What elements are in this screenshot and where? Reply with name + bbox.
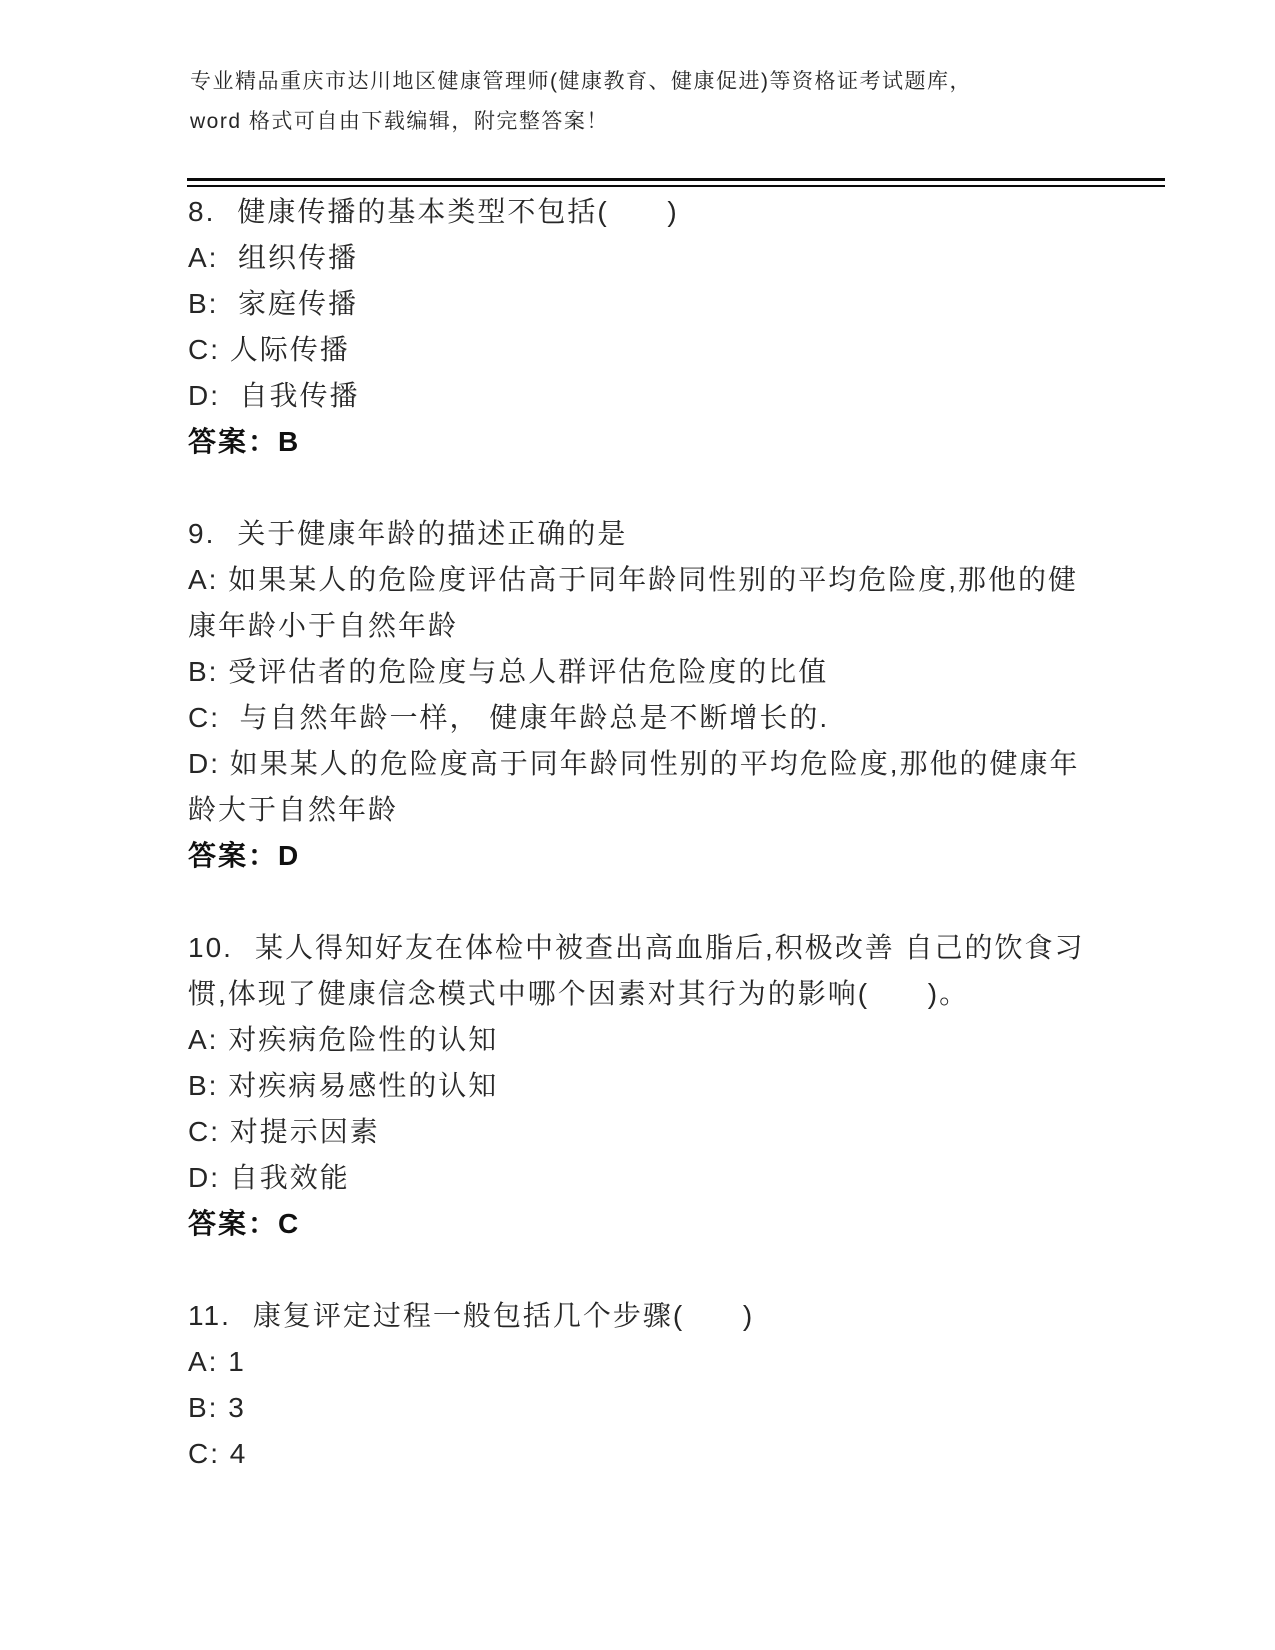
header-notice: 专业精品重庆市达川地区健康管理师(健康教育、健康促进)等资格证考试题库， wor… [0,0,1275,142]
question-text: 健康传播的基本类型不包括( ) [237,196,678,227]
answer-label: 答案： [188,840,278,871]
header-line-1: 专业精品重庆市达川地区健康管理师(健康教育、健康促进)等资格证考试题库， [190,62,1145,102]
answer-line: 答案：B [188,419,1088,465]
option-line-b: B: 家庭传播 [188,281,1088,327]
answer-value: D [278,840,300,871]
question-block-10: 10.某人得知好友在体检中被查出高血脂后,积极改善 自己的饮食习惯,体现了健康信… [188,925,1088,1247]
option-line-b: B: 3 [188,1385,1088,1431]
option-line-d: D: 自我效能 [188,1155,1088,1201]
question-number: 11. [188,1300,231,1331]
option-line-c: C: 人际传播 [188,327,1088,373]
option-line-b: B: 对疾病易感性的认知 [188,1063,1088,1109]
question-number: 9. [188,518,215,549]
questions-area: 8.健康传播的基本类型不包括( ) A: 组织传播 B: 家庭传播 C: 人际传… [188,189,1088,1477]
option-line-d: D: 如果某人的危险度高于同年龄同性别的平均危险度,那他的健康年龄大于自然年龄 [188,741,1088,833]
answer-value: B [278,426,300,457]
option-line-c: C: 对提示因素 [188,1109,1088,1155]
option-line-d: D: 自我传播 [188,373,1088,419]
document-page: 专业精品重庆市达川地区健康管理师(健康教育、健康促进)等资格证考试题库， wor… [0,0,1275,1650]
question-block-8: 8.健康传播的基本类型不包括( ) A: 组织传播 B: 家庭传播 C: 人际传… [188,189,1088,465]
question-block-9: 9.关于健康年龄的描述正确的是 A: 如果某人的危险度评估高于同年龄同性别的平均… [188,511,1088,879]
answer-label: 答案： [188,1208,278,1239]
question-title: 8.健康传播的基本类型不包括( ) [188,189,1088,235]
answer-label: 答案： [188,426,278,457]
option-line-c: C: 4 [188,1431,1088,1477]
header-divider [187,178,1165,187]
option-line-a: A: 如果某人的危险度评估高于同年龄同性别的平均危险度,那他的健康年龄小于自然年… [188,557,1088,649]
option-line-b: B: 受评估者的危险度与总人群评估危险度的比值 [188,649,1088,695]
answer-value: C [278,1208,300,1239]
question-block-11: 11.康复评定过程一般包括几个步骤( ) A: 1 B: 3 C: 4 [188,1293,1088,1477]
question-title: 10.某人得知好友在体检中被查出高血脂后,积极改善 自己的饮食习惯,体现了健康信… [188,925,1088,1017]
option-line-a: A: 组织传播 [188,235,1088,281]
option-line-c: C: 与自然年龄一样， 健康年龄总是不断增长的. [188,695,1088,741]
option-line-a: A: 对疾病危险性的认知 [188,1017,1088,1063]
answer-line: 答案：D [188,833,1088,879]
question-number: 8. [188,196,215,227]
question-title: 9.关于健康年龄的描述正确的是 [188,511,1088,557]
question-text: 关于健康年龄的描述正确的是 [237,518,627,549]
header-line-2: word 格式可自由下载编辑，附完整答案！ [190,102,1145,142]
question-text: 康复评定过程一般包括几个步骤( ) [253,1300,754,1331]
question-number: 10. [188,932,233,963]
answer-line: 答案：C [188,1201,1088,1247]
question-text: 某人得知好友在体检中被查出高血脂后,积极改善 自己的饮食习惯,体现了健康信念模式… [188,932,1085,1009]
option-line-a: A: 1 [188,1339,1088,1385]
question-title: 11.康复评定过程一般包括几个步骤( ) [188,1293,1088,1339]
